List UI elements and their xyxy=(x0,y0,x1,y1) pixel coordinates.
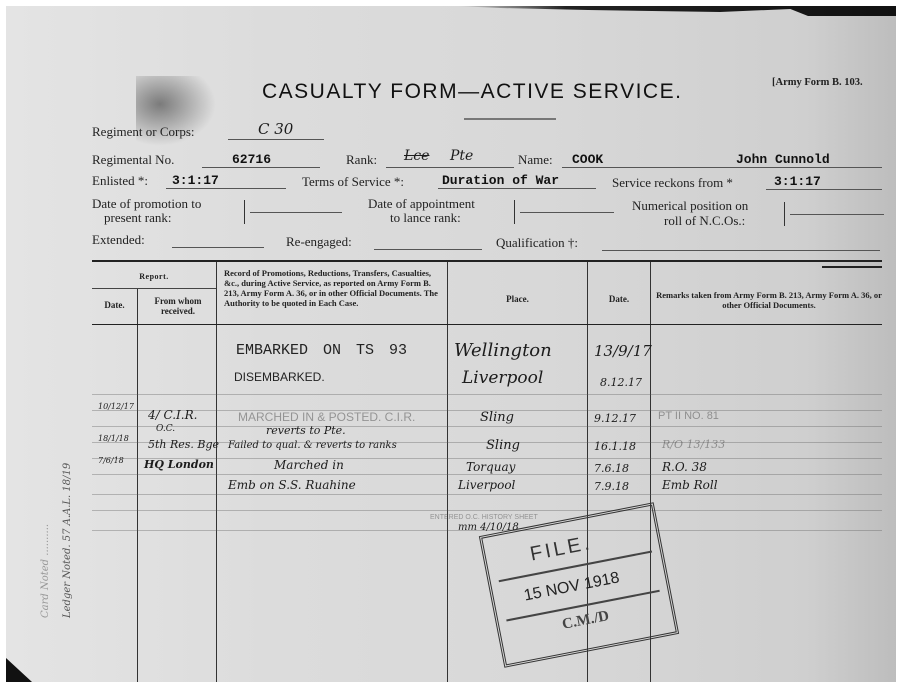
row-disembarked-record: DISEMBARKED. xyxy=(234,370,325,384)
reengaged-underline xyxy=(374,249,482,250)
row-5-record: Failed to qual. & reverts to ranks xyxy=(228,440,397,451)
appointment-label-2: to lance rank: xyxy=(390,210,461,226)
name-label: Name: xyxy=(518,152,553,168)
regiment-underline xyxy=(228,139,324,140)
row-7-record: Emb on S.S. Ruahine xyxy=(228,478,356,492)
regimental-no-value: 62716 xyxy=(232,152,271,167)
row-3-record: MARCHED IN & POSTED. C.I.R. xyxy=(238,410,415,424)
row-disembarked-place: Liverpool xyxy=(462,368,543,388)
row-7-remarks: Emb Roll xyxy=(662,478,718,492)
row-5-date2: 16.1.18 xyxy=(594,440,636,453)
table-top-rule xyxy=(92,260,882,262)
ruled-line xyxy=(92,510,882,511)
reengaged-label: Re-engaged: xyxy=(286,234,352,250)
header-bottom-rule xyxy=(92,324,882,325)
col-header-date2: Date. xyxy=(588,294,650,304)
row-6-from: HQ London xyxy=(144,458,214,471)
row-disembarked-date: 8.12.17 xyxy=(600,376,642,389)
row-5-from: 5th Res. Bge xyxy=(148,438,219,451)
row-3-remarks: PT II NO. 81 xyxy=(658,410,719,422)
regiment-label: Regiment or Corps: xyxy=(92,124,195,140)
history-sheet-note: ENTERED O.C. HISTORY SHEET xyxy=(430,514,538,521)
row-3-from: 4/ C.I.R. xyxy=(148,408,197,422)
terms-label: Terms of Service *: xyxy=(302,174,404,190)
promotion-label-2: present rank: xyxy=(104,210,172,226)
numerical-label-1: Numerical position on xyxy=(632,198,748,214)
row-4-record: reverts to Pte. xyxy=(266,424,346,437)
name-underline xyxy=(562,167,882,168)
row-6-date2: 7.6.18 xyxy=(594,462,629,475)
terms-value: Duration of War xyxy=(442,173,559,188)
col-header-remarks: Remarks taken from Army Form B. 213, Arm… xyxy=(656,290,882,310)
numerical-brace xyxy=(784,202,785,226)
row-7-date2: 7.9.18 xyxy=(594,480,629,493)
stamp-label: FILE. xyxy=(528,532,594,567)
row-6-record: Marched in xyxy=(274,458,344,472)
regimental-no-label: Regimental No. xyxy=(92,152,174,168)
row-7-place: Liverpool xyxy=(458,478,515,492)
ruled-line xyxy=(92,494,882,495)
extended-underline xyxy=(172,247,264,248)
stamp-code: C.M./D xyxy=(561,608,611,634)
reckons-underline xyxy=(766,189,882,190)
numerical-label-2: roll of N.C.Os.: xyxy=(664,213,745,229)
ledger-noted-note: Ledger Noted. 57 A.A.L. 18/19 xyxy=(62,463,73,618)
numerical-underline xyxy=(790,214,884,215)
rank-underline xyxy=(386,167,514,168)
enlisted-underline xyxy=(166,188,286,189)
card-noted-note: Card Noted .......... xyxy=(40,524,51,618)
rank-value: Pte xyxy=(450,148,473,164)
col-header-date: Date. xyxy=(92,300,137,310)
appointment-brace xyxy=(514,200,515,224)
promotion-underline xyxy=(250,212,342,213)
table-top-rule-fragment xyxy=(822,266,882,268)
row-embarked-place: Wellington xyxy=(454,340,552,361)
forenames-value: John Cunnold xyxy=(736,152,830,167)
row-5-place: Sling xyxy=(486,438,520,453)
regiment-value: C 30 xyxy=(258,120,293,138)
ruled-line xyxy=(92,474,882,475)
qualification-label: Qualification †: xyxy=(496,235,578,251)
promotion-brace xyxy=(244,200,245,224)
row-3-date: 10/12/17 xyxy=(98,402,134,411)
row-5-date: 18/1/18 xyxy=(98,434,129,443)
casualty-form-document: CASUALTY FORM—ACTIVE SERVICE. [Army Form… xyxy=(6,6,896,682)
row-6-remarks: R.O. 38 xyxy=(662,460,707,474)
enlisted-value: 3:1:17 xyxy=(172,173,219,188)
col-header-from: From whom received. xyxy=(140,296,216,316)
appointment-underline xyxy=(520,212,614,213)
qualification-underline xyxy=(602,250,880,251)
report-divider xyxy=(92,288,216,289)
row-3-place: Sling xyxy=(480,410,514,425)
report-header: Report. xyxy=(92,272,216,282)
extended-label: Extended: xyxy=(92,232,145,248)
rank-label: Rank: xyxy=(346,152,377,168)
col-divider-1 xyxy=(137,288,138,682)
col-divider-3 xyxy=(447,262,448,682)
form-reference: [Army Form B. 103. xyxy=(772,77,863,88)
surname-value: COOK xyxy=(572,152,603,167)
reckons-label: Service reckons from * xyxy=(612,175,733,191)
row-3-date2: 9.12.17 xyxy=(594,412,636,425)
row-embarked-date: 13/9/17 xyxy=(594,342,652,360)
row-4-from: O.C. xyxy=(156,424,175,434)
form-title: CASUALTY FORM—ACTIVE SERVICE. xyxy=(262,80,682,104)
row-embarked-record: EMBARKED ON TS 93 xyxy=(236,342,407,359)
scan-edge-shadow xyxy=(456,6,896,16)
col-header-place: Place. xyxy=(448,294,587,304)
row-6-place: Torquay xyxy=(466,460,515,474)
folded-corner xyxy=(6,658,32,682)
rank-struck-value: Lce xyxy=(404,148,429,164)
regimental-no-underline xyxy=(202,167,320,168)
terms-underline xyxy=(438,188,596,189)
enlisted-label: Enlisted *: xyxy=(92,173,148,189)
row-5-remarks: R/O 13/133 xyxy=(662,438,725,451)
ruled-line xyxy=(92,426,882,427)
ruled-line xyxy=(92,394,882,395)
row-6-date: 7/6/18 xyxy=(98,456,124,465)
title-underline xyxy=(464,118,556,120)
col-header-record: Record of Promotions, Reductions, Transf… xyxy=(224,268,444,308)
reckons-value: 3:1:17 xyxy=(774,174,821,189)
col-divider-2 xyxy=(216,262,217,682)
